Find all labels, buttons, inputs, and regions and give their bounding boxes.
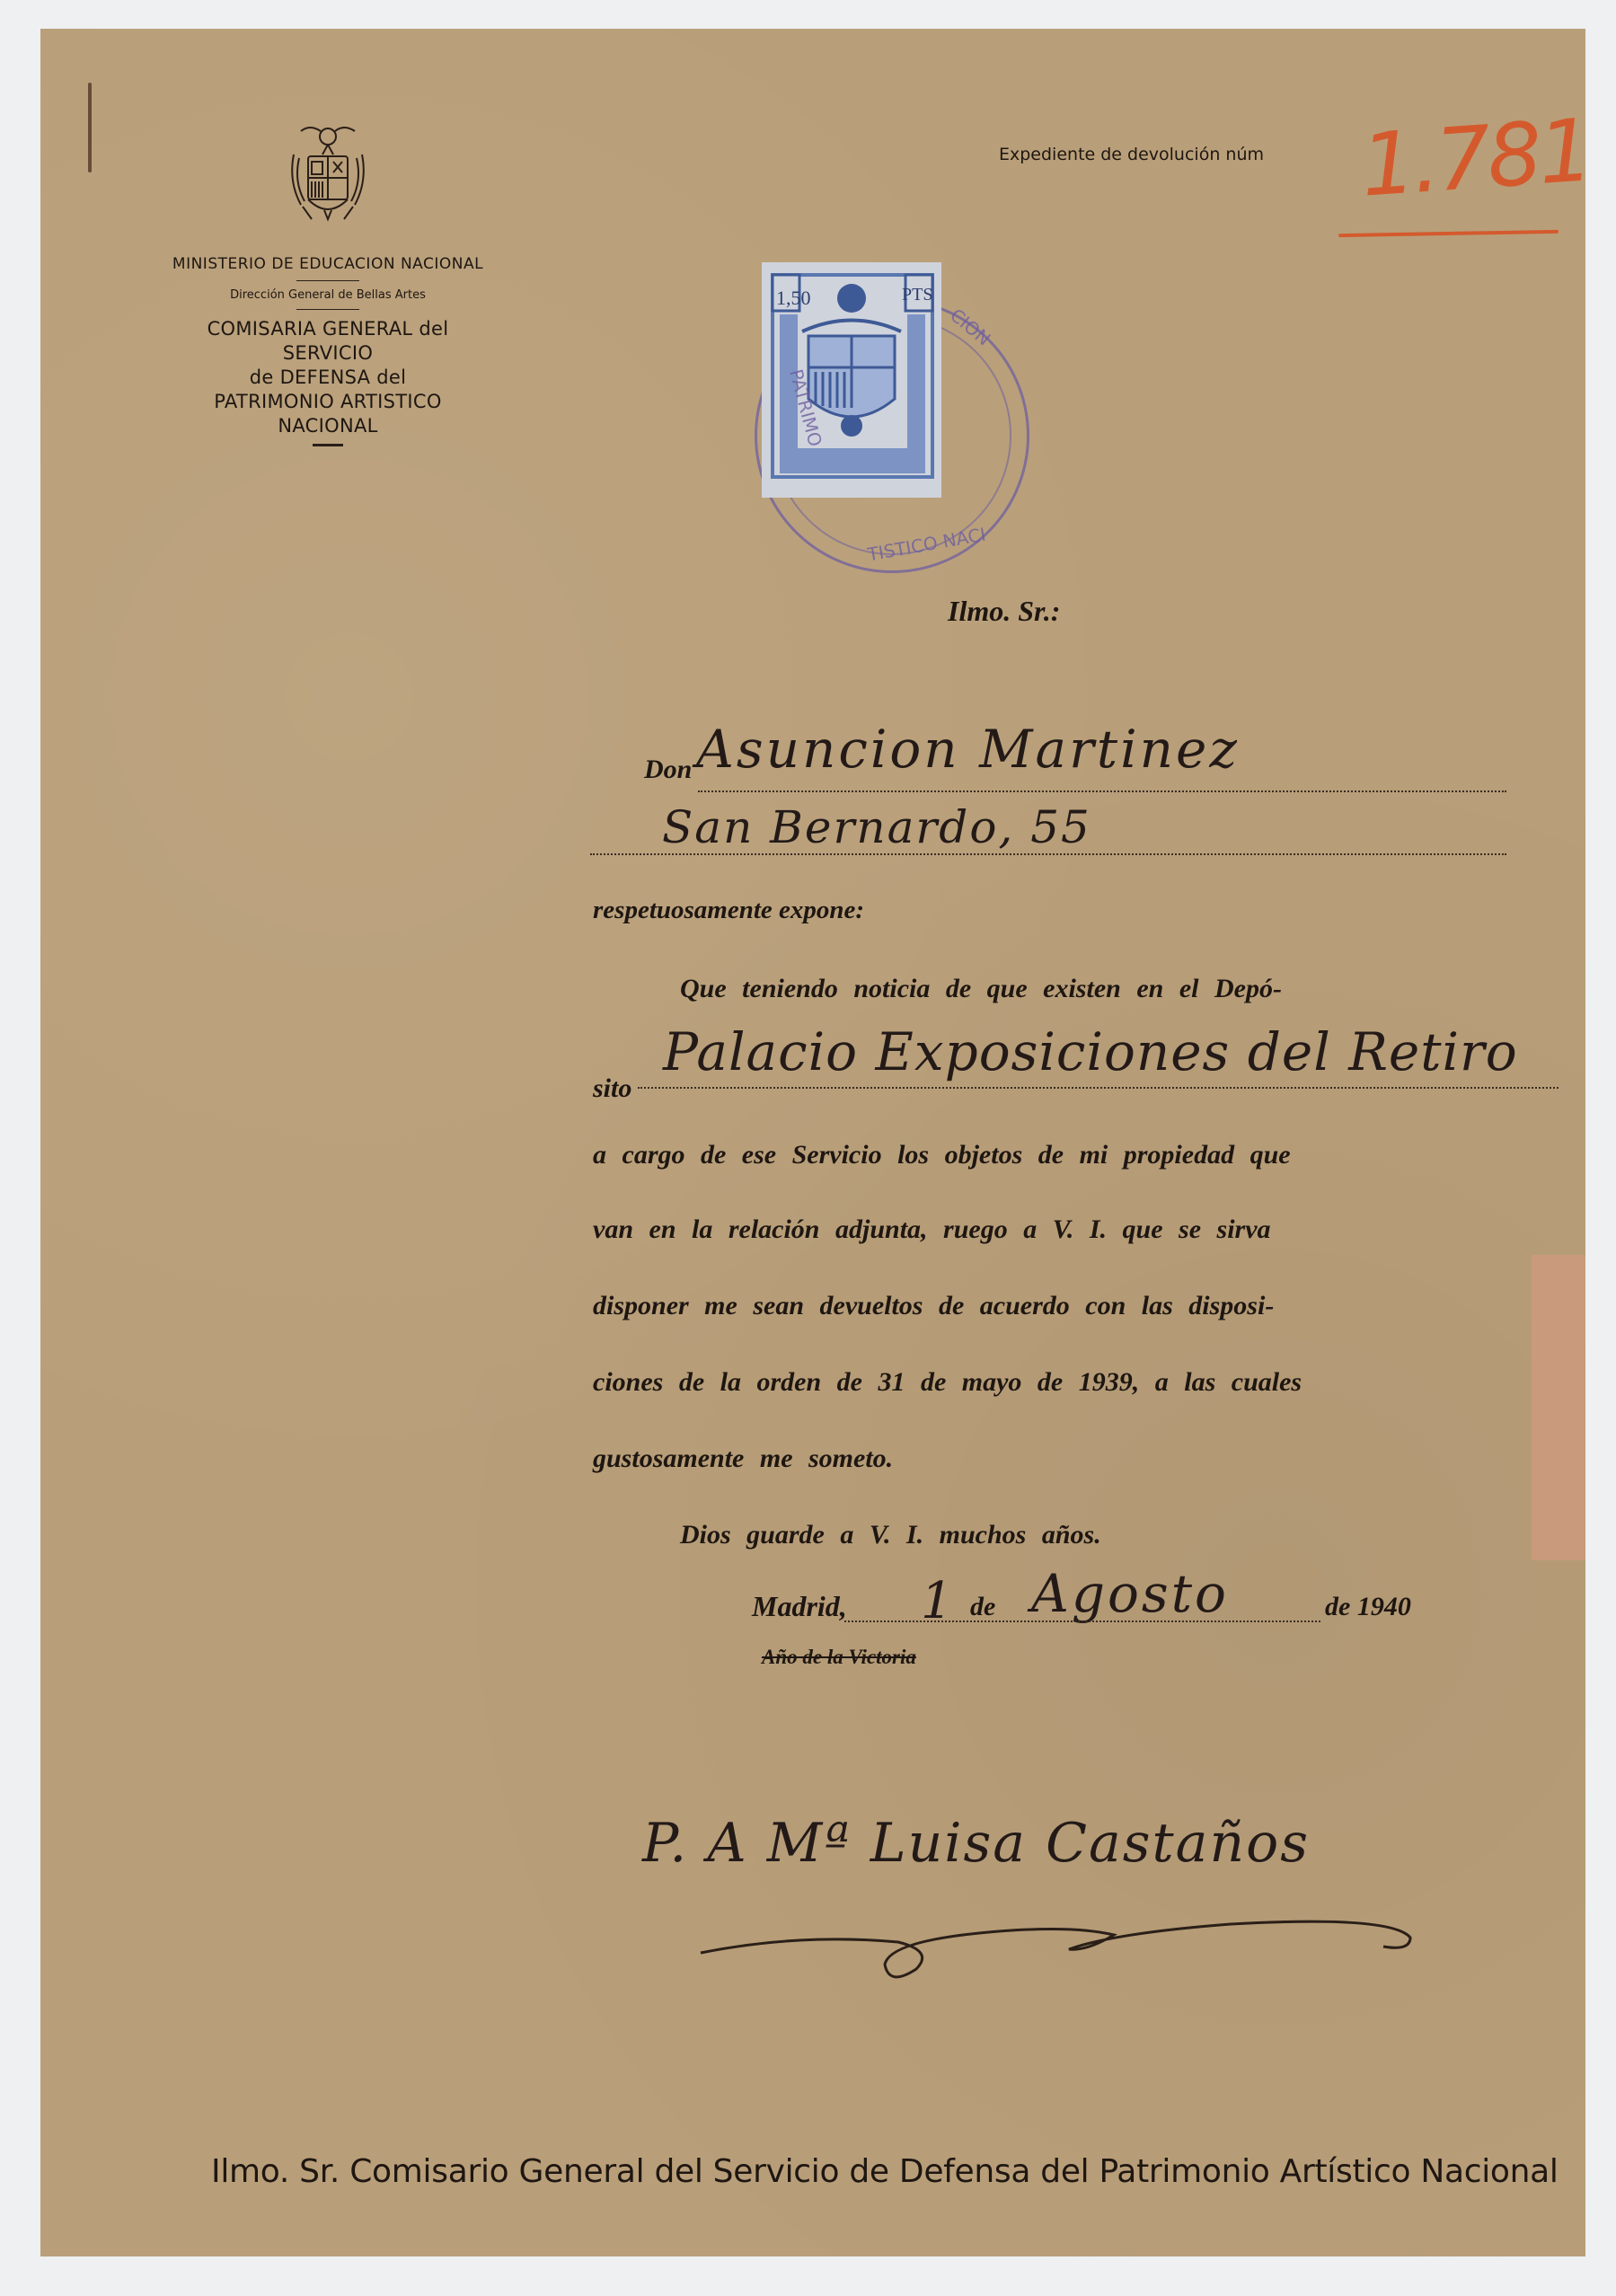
date-de: de bbox=[970, 1592, 995, 1622]
svg-text:PTS: PTS bbox=[902, 285, 932, 305]
salutation: Ilmo. Sr.: bbox=[948, 595, 1060, 628]
applicant-address-field: San Bernardo, 55 bbox=[662, 801, 1091, 853]
dotted-line bbox=[844, 1620, 1320, 1622]
divider bbox=[296, 280, 359, 281]
signature: P. A Mª Luisa Castaños bbox=[642, 1812, 1310, 1875]
divider bbox=[313, 444, 343, 446]
deposit-name-field: Palacio Exposiciones del Retiro bbox=[663, 1021, 1518, 1082]
body-line-7: gustosamente me someto. bbox=[593, 1444, 893, 1474]
commission-line-3: PATRIMONIO ARTISTICO NACIONAL bbox=[166, 390, 490, 438]
body-line-6: ciones de la orden de 31 de mayo de 1939… bbox=[593, 1367, 1302, 1398]
coat-of-arms-icon bbox=[285, 119, 371, 225]
closing-line: Dios guarde a V. I. muchos años. bbox=[680, 1520, 1101, 1550]
color-reference-strip bbox=[1532, 1255, 1585, 1560]
body-line-4: van en la relación adjunta, ruego a V. I… bbox=[593, 1214, 1271, 1245]
body-line-3: a cargo de ese Servicio los objetos de m… bbox=[593, 1140, 1291, 1170]
dotted-line bbox=[590, 853, 1506, 855]
commission-line-1: COMISARIA GENERAL del SERVICIO bbox=[166, 317, 490, 366]
divider bbox=[296, 309, 359, 310]
ministry-name: MINISTERIO DE EDUCACION NACIONAL bbox=[166, 255, 490, 273]
signature-flourish-icon bbox=[692, 1915, 1455, 1987]
letterhead: MINISTERIO DE EDUCACION NACIONAL Direcci… bbox=[166, 119, 490, 446]
intro-text: respetuosamente expone: bbox=[593, 896, 864, 925]
commission-line-2: de DEFENSA del bbox=[166, 366, 490, 390]
dotted-line bbox=[698, 790, 1506, 792]
dotted-line bbox=[638, 1087, 1559, 1089]
applicant-name-field: Asuncion Martinez bbox=[696, 719, 1240, 780]
svg-text:1,50: 1,50 bbox=[776, 287, 811, 309]
file-number-underline bbox=[1338, 230, 1559, 237]
struck-year-motto: Año de la Victoria bbox=[762, 1646, 916, 1669]
date-month-field: Agosto bbox=[1031, 1563, 1229, 1624]
body-line-5: disponer me sean devueltos de acuerdo co… bbox=[593, 1291, 1274, 1321]
date-city: Madrid, bbox=[752, 1590, 847, 1623]
binding-hole-mark bbox=[88, 83, 92, 172]
applicant-prefix: Don bbox=[644, 755, 692, 785]
document-page: MINISTERIO DE EDUCACION NACIONAL Direcci… bbox=[40, 29, 1585, 2256]
body-line-2-prefix: sito bbox=[593, 1073, 631, 1104]
file-number-handwritten: 1.781 bbox=[1357, 100, 1593, 216]
direction-name: Dirección General de Bellas Artes bbox=[166, 288, 490, 302]
footer-addressee: Ilmo. Sr. Comisario General del Servicio… bbox=[211, 2153, 1559, 2190]
date-year: de 1940 bbox=[1325, 1592, 1411, 1622]
body-line-1: Que teniendo noticia de que existen en e… bbox=[680, 974, 1282, 1004]
file-number-label: Expediente de devolución núm bbox=[999, 145, 1264, 164]
